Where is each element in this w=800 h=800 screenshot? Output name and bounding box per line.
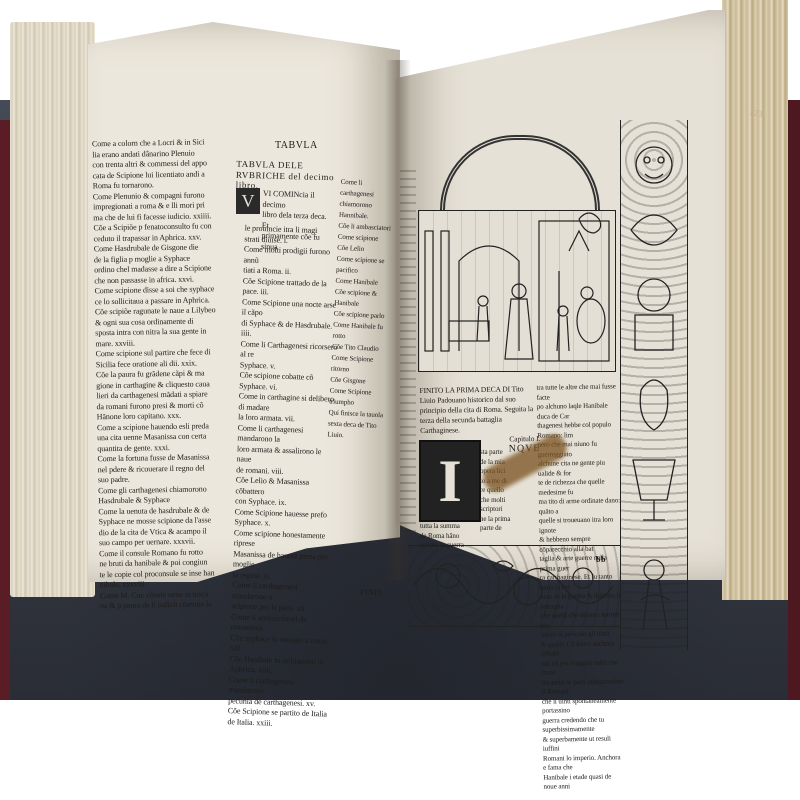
woodcut-scene — [418, 210, 616, 372]
colophon-finis: FINIS — [360, 588, 383, 597]
grotesque-ornament-icon — [621, 120, 687, 650]
left-page-column-2-rest: le prouincie itra li magi strati diuise.… — [227, 223, 345, 730]
text-line: Come Scipione triumpho — [329, 385, 385, 410]
text-line: Come Hanibale fu rotto — [332, 320, 388, 345]
text-line: tutta la summa — [420, 522, 536, 532]
text-line: tra ambe le parti indegnandosi li Romani — [542, 677, 624, 697]
text-line: ra carthaginese. Et fu tanto uaria la fo… — [540, 572, 622, 592]
text-line: & hebbeno sempre cõparecchio alla bat — [539, 534, 621, 554]
text-line: tuti cõ piu maggior odio che forze — [541, 658, 623, 678]
text-line: Come li carthagenesi mandarono la — [237, 423, 338, 447]
text-line: Come scipione honestamente riprese — [233, 528, 334, 552]
signature-mark: bb — [596, 555, 606, 564]
binding-edge-right — [788, 100, 800, 700]
folio-number: 123 — [748, 107, 763, 119]
explicit-heading: FINITO LA PRIMA DECA DI Tito Liuio Padou… — [419, 384, 540, 436]
decorated-initial-i: I — [419, 440, 481, 522]
left-page-stack — [10, 22, 95, 597]
right-page-column-1-tail: tutta la summa de Roma hãno scripto la g… — [420, 522, 536, 551]
text-line: quelle si troueuano itra loro ignote — [539, 515, 621, 535]
binding-edge-left — [0, 120, 10, 700]
text-line: Cõe scipione & Hanibale — [334, 287, 390, 312]
text-line: Come li carthagenesi chiamorono — [339, 177, 396, 213]
text-line: Come li carthagenesi mandarono — [228, 675, 329, 699]
text-line: Cõe Scipione trattado de la pace. iii. — [242, 276, 343, 300]
text-line: VI COMINcia il decimo — [262, 189, 333, 212]
text-line: Cõe Hanibale fu richiamato in Aphrica. x… — [229, 654, 330, 678]
text-line: Come scipione se pacifico — [336, 254, 392, 279]
text-line: & qualli. Cõ fuoro anchora cõbatti — [541, 639, 623, 659]
text-line: & superbamente ut resuli iuffini — [543, 734, 625, 754]
text-line: taglia & arte guerre nella prima guer — [539, 553, 621, 573]
text-line: che li uinti spontaneamente portassino — [542, 696, 624, 716]
running-head: TABVLA — [275, 140, 318, 151]
text-line: guerra credendo che tu superbissimamente — [542, 715, 624, 735]
text-line: tra tutte le altre che mai fusse facte — [536, 382, 618, 402]
text-line: tuna de la guerra & dubiosa la battaglia — [540, 591, 622, 611]
text-line: Romani lo imperio. Anchora e fama che — [543, 753, 625, 773]
text-line: Come Scipione una nocte arse il cãpo — [242, 297, 343, 321]
text-line: che molti — [480, 496, 536, 506]
text-line: de Roma hãno — [420, 532, 536, 542]
text-line: po alchuno laqle Hanibale duca de Car — [537, 401, 619, 421]
text-line: te de richezza che quelle medesime fu — [538, 477, 620, 497]
text-line: sexta deca de Tito Liuio. — [327, 418, 383, 443]
woodcut-figures-icon — [419, 211, 615, 371]
text-line: ma tito di arme ordinate dano: quãto a — [538, 496, 620, 516]
right-page-stack — [722, 0, 788, 600]
woodcut-border-left — [400, 170, 416, 590]
text-line: scriptori — [480, 505, 536, 515]
text-line: che quelli che uinsero furono piu — [540, 610, 622, 630]
woodcut-border-right — [620, 120, 688, 650]
text-line: Hanibale i etade quasi de noue anni — [543, 772, 625, 792]
text-line: Come Scipione ritorno — [331, 353, 387, 378]
text-line: Come li ambasciatori de masanissa — [231, 612, 332, 636]
initial-letter: I — [438, 447, 461, 516]
left-page-column-1: Come a colorn che a Locri & in Sici lia … — [92, 137, 250, 612]
decorated-initial-v: V — [236, 188, 260, 214]
text-line: scripto la guerra — [420, 541, 536, 551]
text-line: Masanissa de hauere presa per moglie — [233, 549, 334, 573]
